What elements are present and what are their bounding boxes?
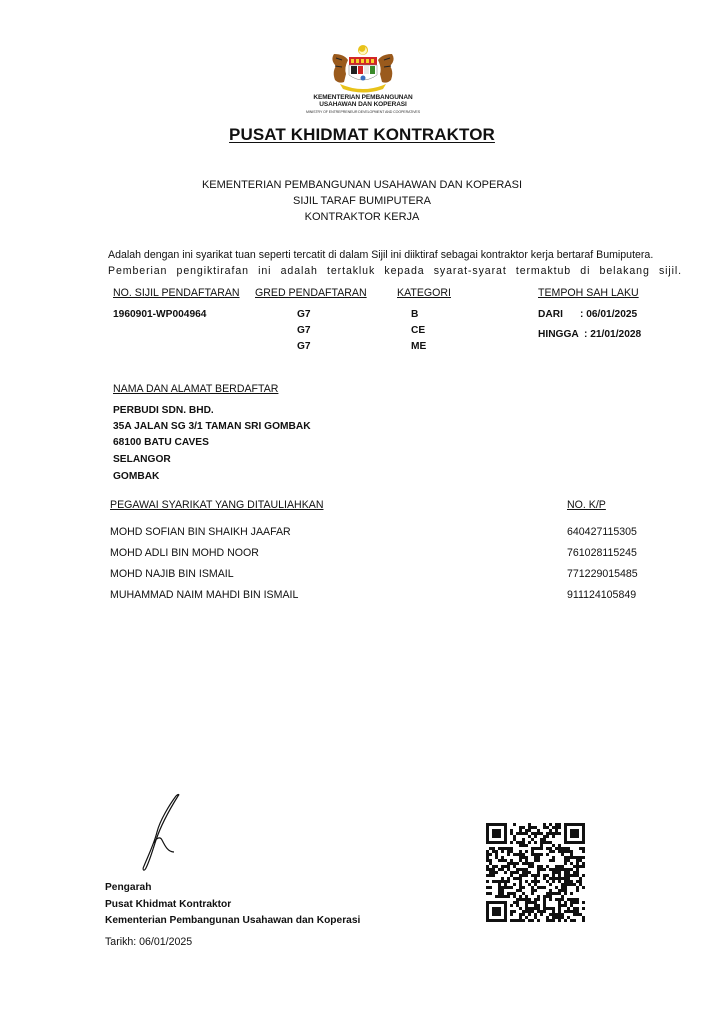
category-3: ME (411, 341, 426, 352)
officer-ic-1: 640427115305 (567, 526, 637, 538)
company-district: GOMBAK (113, 471, 159, 482)
coat-of-arms-icon (328, 44, 398, 94)
ministry-name: KEMENTERIAN PEMBANGUNAN USAHAWAN DAN KOP… (0, 179, 724, 191)
contractor-type: KONTRAKTOR KERJA (0, 211, 724, 223)
header-grade: GRED PENDAFTARAN (255, 287, 367, 299)
validity-to-label: HINGGA (538, 329, 579, 340)
signatory-title: Pengarah (105, 882, 151, 893)
header-officers: PEGAWAI SYARIKAT YANG DITAULIAHKAN (110, 499, 324, 511)
qr-code-icon (486, 823, 585, 922)
category-2: CE (411, 325, 425, 336)
header-company: NAMA DAN ALAMAT BERDAFTAR (113, 383, 278, 395)
header-validity: TEMPOH SAH LAKU (538, 287, 639, 299)
signature-icon (140, 792, 185, 872)
officer-ic-3: 771229015485 (567, 568, 638, 580)
ministry-logo-line1: KEMENTERIAN PEMBANGUNAN (290, 94, 436, 101)
officer-ic-4: 911124105849 (567, 589, 636, 601)
validity-from: : 06/01/2025 (580, 309, 637, 320)
category-1: B (411, 309, 418, 320)
signatory-ministry: Kementerian Pembangunan Usahawan dan Kop… (105, 915, 360, 926)
issue-date: Tarikh: 06/01/2025 (105, 936, 192, 948)
grade-3: G7 (297, 341, 311, 352)
intro-line-2: Pemberian pengiktirafan ini adalah terta… (108, 265, 682, 277)
signatory-department: Pusat Khidmat Kontraktor (105, 899, 231, 910)
grade-1: G7 (297, 309, 311, 320)
officer-name-4: MUHAMMAD NAIM MAHDI BIN ISMAIL (110, 589, 298, 601)
header-category: KATEGORI (397, 287, 451, 299)
header-ic: NO. K/P (567, 499, 606, 511)
company-name: PERBUDI SDN. BHD. (113, 405, 214, 416)
validity-to: : 21/01/2028 (584, 329, 641, 340)
page-title: PUSAT KHIDMAT KONTRAKTOR (0, 125, 724, 145)
cert-number: 1960901-WP004964 (113, 309, 206, 320)
ministry-logo-subtitle: MINISTRY OF ENTREPRENEUR DEVELOPMENT AND… (290, 110, 436, 114)
officer-name-1: MOHD SOFIAN BIN SHAIKH JAAFAR (110, 526, 291, 538)
officer-ic-2: 761028115245 (567, 547, 637, 559)
officer-name-3: MOHD NAJIB BIN ISMAIL (110, 568, 234, 580)
ministry-logo-line2: USAHAWAN DAN KOPERASI (290, 101, 436, 108)
intro-line-1: Adalah dengan ini syarikat tuan seperti … (108, 249, 682, 261)
validity-from-label: DARI (538, 309, 563, 320)
header-cert-no: NO. SIJIL PENDAFTARAN (113, 287, 240, 299)
company-address-2: 68100 BATU CAVES (113, 437, 209, 448)
grade-2: G7 (297, 325, 311, 336)
company-address-1: 35A JALAN SG 3/1 TAMAN SRI GOMBAK (113, 421, 311, 432)
officer-name-2: MOHD ADLI BIN MOHD NOOR (110, 547, 259, 559)
certificate-type: SIJIL TARAF BUMIPUTERA (0, 195, 724, 207)
company-state: SELANGOR (113, 454, 171, 465)
